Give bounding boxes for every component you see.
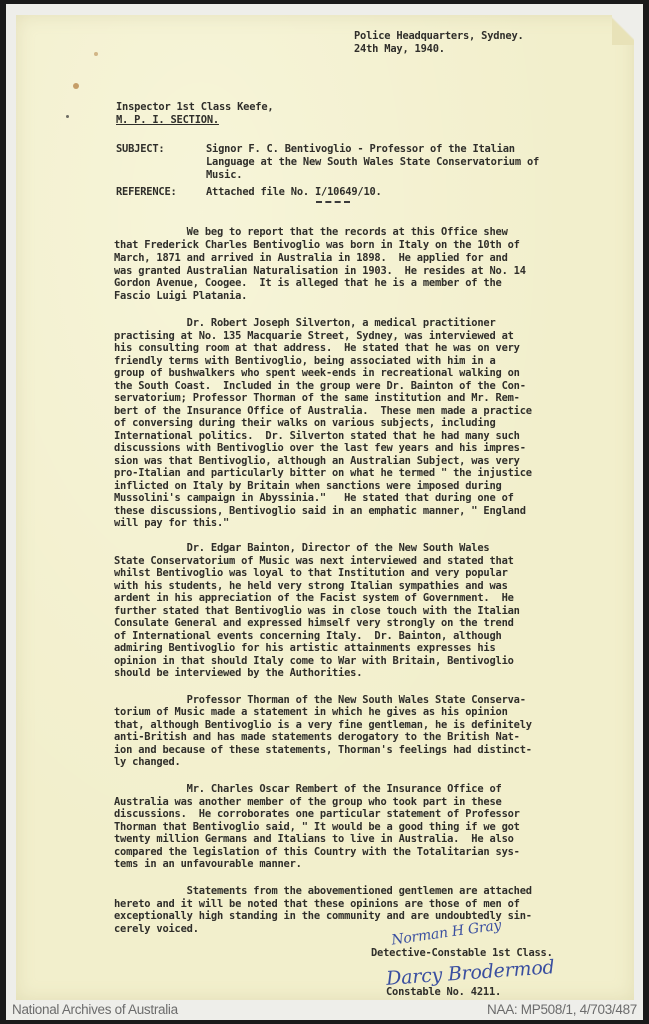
archive-citation: NAA: MP508/1, 4/703/487 xyxy=(487,1002,637,1017)
paragraph-line: Australia was another member of the grou… xyxy=(114,796,502,808)
paragraph-line: torium of Music made a statement in whic… xyxy=(114,706,508,718)
constable-number: Constable No. 4211. xyxy=(386,986,501,998)
paragraph-line: Dr. Robert Joseph Silverton, a medical p… xyxy=(114,317,496,329)
paragraph-line: pro-Italian and particularly bitter on w… xyxy=(114,467,532,479)
paragraph-line: of conversing during their walks on vari… xyxy=(114,417,496,429)
paragraph-line: cerely voiced. xyxy=(114,923,199,935)
paragraph-line: that Frederick Charles Bentivoglio was b… xyxy=(114,239,520,251)
paragraph-line: ion and because of these statements, Tho… xyxy=(114,744,532,756)
paragraph-line: exceptionally high standing in the commu… xyxy=(114,910,532,922)
subject-line: Signor F. C. Bentivoglio - Professor of … xyxy=(206,143,515,155)
paragraph-line: anti-British and has made statements der… xyxy=(114,731,520,743)
paragraph-line: the South Coast. Included in the group w… xyxy=(114,380,526,392)
paragraph-line: discussions. He corroborates one particu… xyxy=(114,808,520,820)
paragraph-line: practising at No. 135 Macquarie Street, … xyxy=(114,330,514,342)
addressee-section: M. P. I. SECTION. xyxy=(116,114,219,126)
paragraph-line: ly changed. xyxy=(114,756,181,768)
paragraph-line: opinion in that should Italy come to War… xyxy=(114,655,514,667)
subject-line: Language at the New South Wales State Co… xyxy=(206,156,539,168)
paragraph-line: tems in an unfavourable manner. xyxy=(114,858,302,870)
reference-value: Attached file No. I/10649/10. xyxy=(206,186,382,198)
paragraph-line: his consulting room at that address. He … xyxy=(114,342,520,354)
addressee-name: Inspector 1st Class Keefe, xyxy=(116,101,273,113)
paragraph-line: inflicted on Italy by Britain when sanct… xyxy=(114,480,502,492)
rust-stain xyxy=(73,83,79,89)
paragraph-line: International politics. Dr. Silverton st… xyxy=(114,430,520,442)
paragraph-line: Fascio Luigi Platania. xyxy=(114,290,247,302)
paragraph-line: that, although Bentivoglio is a very fin… xyxy=(114,719,532,731)
paragraph-line: servatorium; Professor Thorman of the sa… xyxy=(114,392,520,404)
folded-corner xyxy=(612,15,634,45)
paragraph-line: Consulate General and expressed himself … xyxy=(114,617,514,629)
signature-detective: Norman H Gray xyxy=(391,919,502,947)
rust-stain xyxy=(94,52,98,56)
paragraph-line: Professor Thorman of the New South Wales… xyxy=(114,694,526,706)
paragraph-line: Statements from the abovementioned gentl… xyxy=(114,885,532,897)
paragraph-line: Dr. Edgar Bainton, Director of the New S… xyxy=(114,542,489,554)
paragraph-line: sion was that Bentivoglio, although an A… xyxy=(114,455,520,467)
rust-stain xyxy=(66,115,69,118)
paragraph-line: Gordon Avenue, Coogee. It is alleged tha… xyxy=(114,277,502,289)
paragraph-line: Thorman that Bentivoglio said, " It woul… xyxy=(114,821,520,833)
paragraph-line: We beg to report that the records at thi… xyxy=(114,226,508,238)
paragraph-line: discussions with Bentivoglio over the la… xyxy=(114,442,526,454)
paragraph-line: group of bushwalkers who spent week-ends… xyxy=(114,367,520,379)
paragraph-line: friendly terms with Bentivoglio, being a… xyxy=(114,355,496,367)
paragraph-line: admiring Bentivoglio for his artistic at… xyxy=(114,642,496,654)
paragraph-line: of International events concerning Italy… xyxy=(114,630,502,642)
paragraph-line: twenty million Germans and Italians to l… xyxy=(114,833,514,845)
paragraph-line: State Conservatorium of Music was next i… xyxy=(114,555,514,567)
header-date: 24th May, 1940. xyxy=(354,43,445,55)
subject-line: Music. xyxy=(206,169,242,181)
paragraph-line: was granted Australian Naturalisation in… xyxy=(114,265,526,277)
paragraph-line: compared the legislation of this Country… xyxy=(114,846,520,858)
divider xyxy=(316,201,350,203)
paragraph-line: ardent in his appreciation of the Facist… xyxy=(114,592,514,604)
paragraph-line: Mr. Charles Oscar Rembert of the Insuran… xyxy=(114,783,502,795)
archive-name: National Archives of Australia xyxy=(12,1002,178,1017)
paragraph-line: hereto and it will be noted that these o… xyxy=(114,898,520,910)
paragraph-line: will pay for this." xyxy=(114,517,229,529)
paragraph-line: should be interviewed by the Authorities… xyxy=(114,667,362,679)
paragraph-line: these discussions, Bentivoglio said in a… xyxy=(114,505,526,517)
paragraph-line: March, 1871 and arrived in Australia in … xyxy=(114,252,508,264)
signature-constable: Darcy Brodermod xyxy=(386,961,555,985)
document-page: Police Headquarters, Sydney. 24th May, 1… xyxy=(16,15,634,1000)
paragraph-line: further stated that Bentivoglio was in c… xyxy=(114,605,520,617)
paragraph-line: bert of the Insurance Office of Australi… xyxy=(114,405,532,417)
reference-label: REFERENCE: xyxy=(116,186,177,198)
paragraph-line: Mussolini's campaign in Abyssinia." He s… xyxy=(114,492,514,504)
subject-label: SUBJECT: xyxy=(116,143,164,155)
header-location: Police Headquarters, Sydney. xyxy=(354,30,524,42)
paragraph-line: with his students, he held very strong I… xyxy=(114,580,508,592)
paragraph-line: whilst Bentivoglio was loyal to that Ins… xyxy=(114,567,508,579)
